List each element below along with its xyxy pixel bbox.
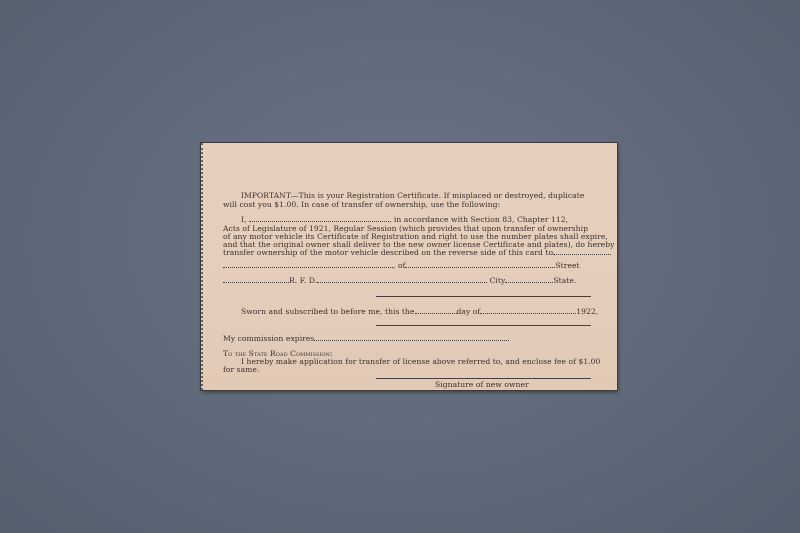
rfd-label: R. F. D. (289, 276, 317, 285)
registration-certificate-card: IMPORTANT—This is your Registration Cert… (201, 143, 617, 390)
transfer-line-5-text: transfer ownership of the motor vehicle … (223, 248, 553, 257)
sworn-year: 1922, (576, 307, 598, 316)
transfer-section-text: , in accordance with Section 83, Chapter… (389, 215, 568, 224)
new-owner-name-blank[interactable] (223, 261, 393, 268)
signature-label: Signature of new owner (435, 380, 529, 389)
transfer-prefix: I, (241, 215, 247, 224)
important-notice-line-2: will cost you $1.00. In case of transfer… (223, 200, 500, 209)
commission-text: My commission expires (223, 334, 314, 343)
new-owner-signature-line[interactable] (376, 378, 591, 379)
rfd-blank[interactable] (317, 276, 487, 283)
city-blank[interactable] (505, 276, 553, 283)
transferee-name-blank[interactable] (553, 248, 611, 255)
application-line-1: I hereby make application for transfer o… (241, 357, 600, 366)
address-line-1: , ofStreet (223, 261, 580, 270)
notary-public-line[interactable] (376, 325, 591, 326)
state-label: State. (553, 276, 576, 285)
transfer-line-5: transfer ownership of the motor vehicle … (223, 248, 611, 257)
day-of-label: day of (457, 307, 481, 316)
sworn-month-blank[interactable] (480, 307, 576, 314)
sworn-text: Sworn and subscribed to before me, this … (241, 307, 415, 316)
city-label: City (490, 276, 506, 285)
notary-signature-line[interactable] (376, 296, 591, 297)
sworn-statement: Sworn and subscribed to before me, this … (241, 307, 598, 316)
important-notice-line-1: IMPORTANT—This is your Registration Cert… (241, 191, 584, 200)
transferor-name-blank[interactable] (249, 215, 389, 222)
rfd-number-blank[interactable] (223, 276, 289, 283)
street-label: Street (555, 261, 579, 270)
commission-expires-blank[interactable] (314, 334, 509, 341)
street-blank[interactable] (405, 261, 555, 268)
sworn-day-blank[interactable] (415, 307, 457, 314)
of-label: , of (393, 261, 405, 270)
address-line-2: R. F. D. CityState. (223, 276, 576, 285)
application-line-2: for same. (223, 365, 259, 374)
commission-line: My commission expires (223, 334, 509, 343)
transfer-line-1: I, , in accordance with Section 83, Chap… (241, 215, 568, 224)
